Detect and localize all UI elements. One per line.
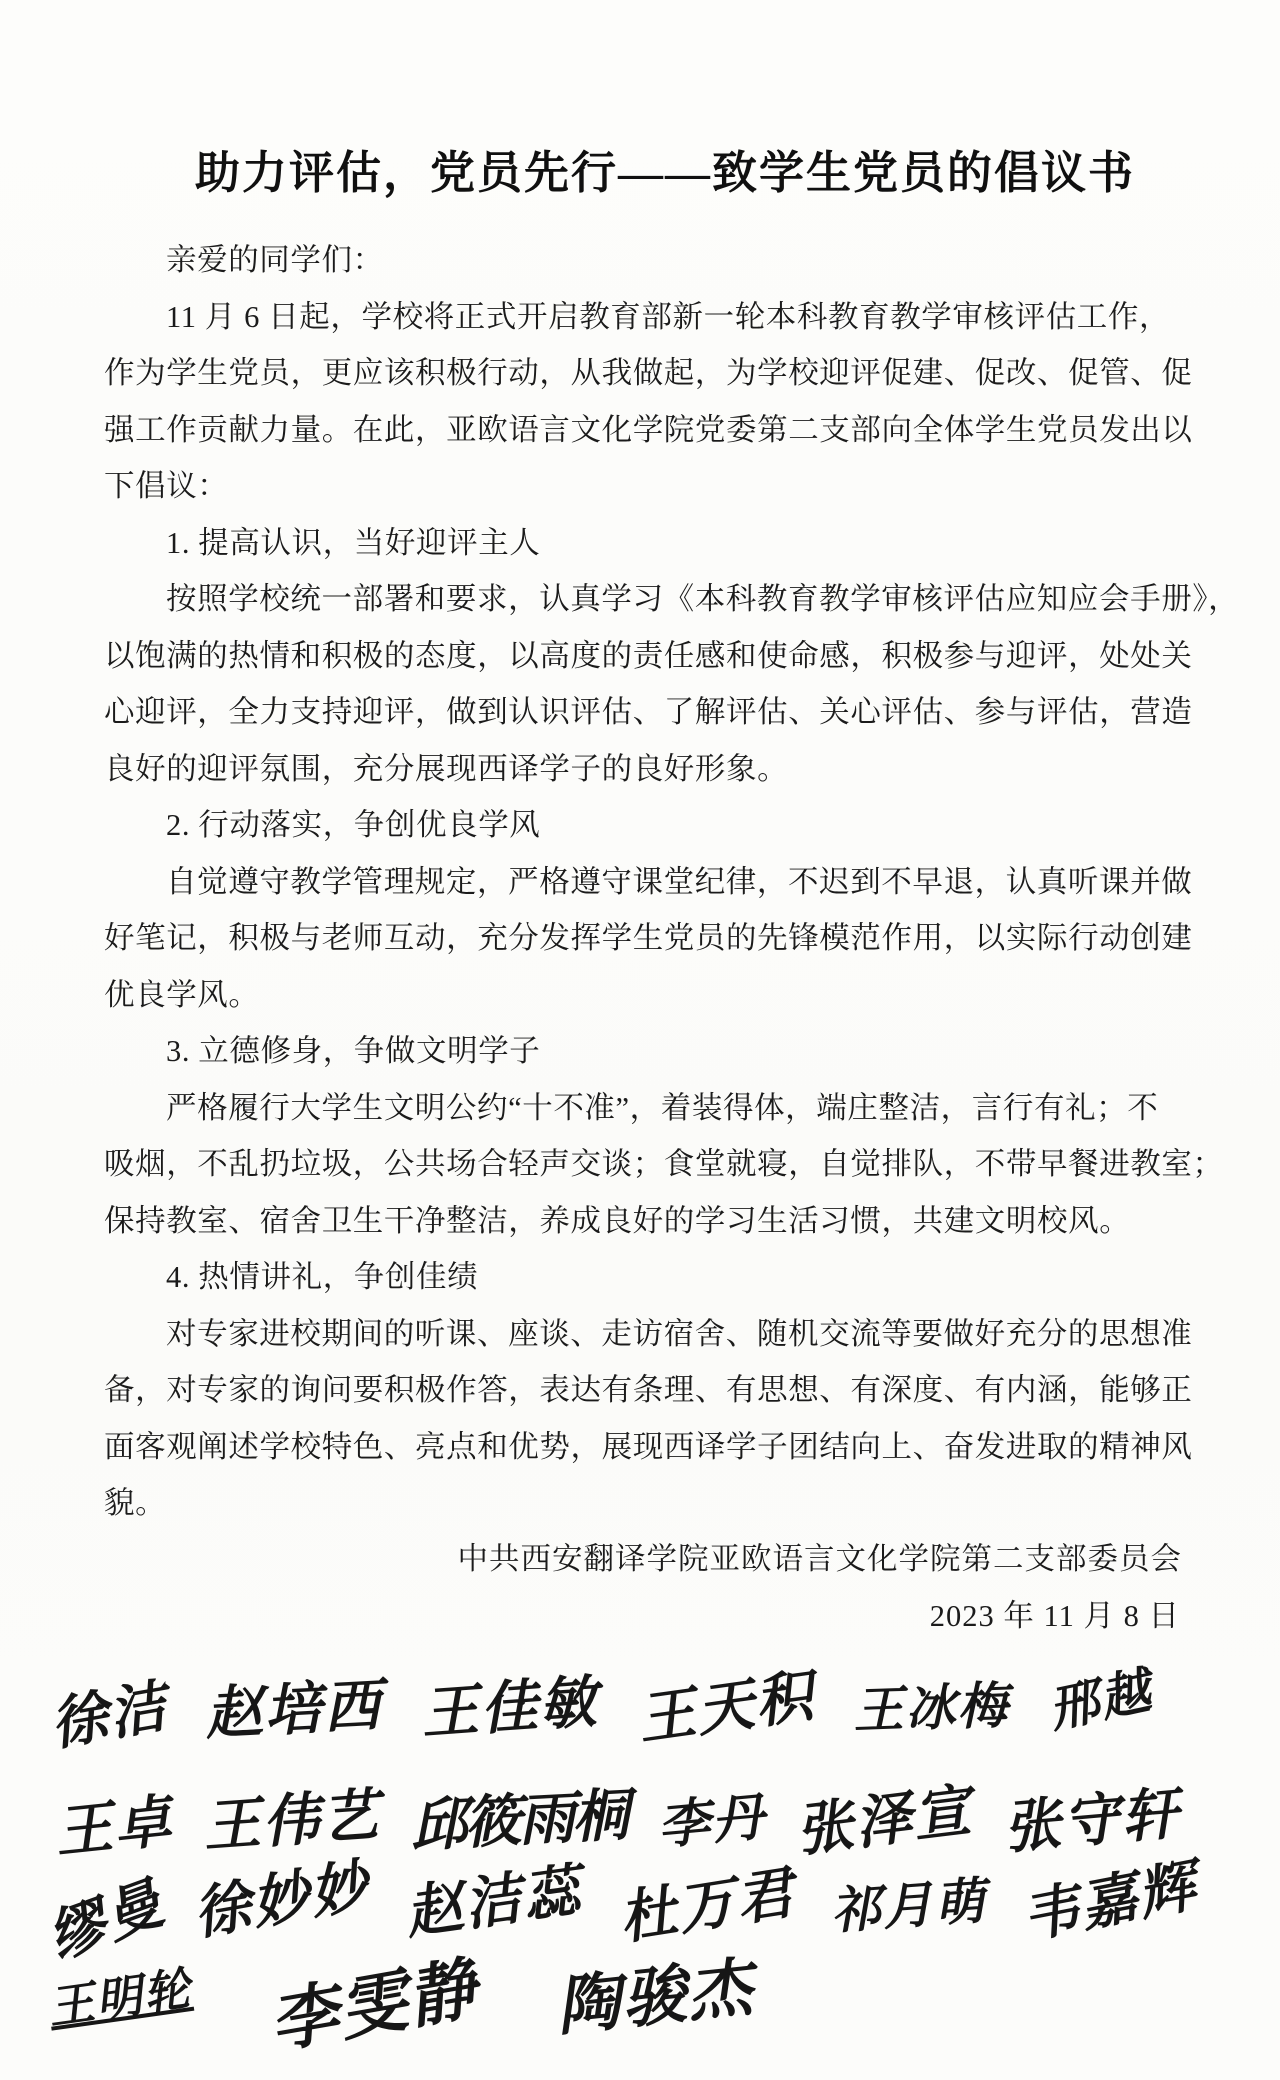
body-line: 亲爱的同学们： — [104, 232, 1184, 289]
body-line: 吸烟，不乱扔垃圾，公共场合轻声交谈；食堂就寝，自觉排队，不带早餐进教室； — [104, 1136, 1184, 1193]
body-line: 好笔记，积极与老师互动，充分发挥学生党员的先锋模范作用，以实际行动创建 — [104, 910, 1184, 967]
signature: 韦嘉辉 — [1014, 1840, 1203, 1954]
body-line: 面客观阐述学校特色、亮点和优势，展现西译学子团结向上、奋发进取的精神风 — [104, 1419, 1184, 1476]
body-line: 作为学生党员，更应该积极行动，从我做起，为学校迎评促建、促改、促管、促 — [104, 345, 1184, 402]
signature: 李丹 — [654, 1774, 768, 1858]
signature: 祁月萌 — [828, 1861, 989, 1944]
signature: 邢越 — [1041, 1650, 1158, 1742]
signature: 杜万君 — [612, 1847, 800, 1956]
signature-row: 王卓王伟艺邱筱雨桐李丹张泽宣张守轩 — [0, 1775, 1280, 1857]
signature: 王伟艺 — [200, 1769, 382, 1863]
signature: 徐妙妙 — [186, 1839, 375, 1950]
signature-row: 王明轮李雯静陶骏杰 — [0, 1952, 1280, 2049]
body-line: 心迎评，全力支持迎评，做到认识评估、了解评估、关心评估、参与评估，营造 — [104, 684, 1184, 741]
body-line: 1. 提高认识，当好迎评主人 — [104, 515, 1184, 572]
body-line: 按照学校统一部署和要求，认真学习《本科教育教学审核评估应知应会手册》， — [104, 571, 1184, 628]
body-line: 强工作贡献力量。在此，亚欧语言文化学院党委第二支部向全体学生党员发出以 — [104, 402, 1184, 459]
body-line: 对专家进校期间的听课、座谈、走访宿舍、随机交流等要做好充分的思想准 — [104, 1306, 1184, 1363]
signoff-block: 中共西安翻译学院亚欧语言文化学院第二支部委员会 2023 年 11 月 8 日 — [104, 1531, 1182, 1644]
signature: 徐洁 — [43, 1660, 173, 1761]
signature-row: 缪曼徐妙妙赵洁蕊杜万君祁月萌韦嘉辉 — [0, 1860, 1280, 1942]
body-line: 3. 立德修身，争做文明学子 — [104, 1023, 1184, 1080]
document-title: 助力评估，党员先行——致学生党员的倡议书 — [126, 136, 1204, 201]
body-line: 良好的迎评氛围，充分展现西译学子的良好形象。 — [104, 741, 1184, 798]
body-line: 貌。 — [104, 1475, 1184, 1532]
body-line: 保持教室、宿舍卫生干净整洁，养成良好的学习生活习惯，共建文明校风。 — [104, 1193, 1184, 1250]
body-line: 优良学风。 — [104, 967, 1184, 1024]
signoff-date: 2023 年 11 月 8 日 — [104, 1588, 1182, 1645]
signature: 赵洁蕊 — [400, 1844, 587, 1950]
body-line: 严格履行大学生文明公约“十不准”，着装得体，端庄整洁，言行有礼；不 — [104, 1080, 1184, 1137]
signature: 李雯静 — [261, 1935, 485, 2067]
signature: 王佳敏 — [418, 1656, 600, 1750]
body-line: 以饱满的热情和积极的态度，以高度的责任感和使命感，积极参与迎评，处处关 — [104, 628, 1184, 685]
body-line: 下倡议： — [104, 458, 1184, 515]
signature-row: 徐洁赵培西王佳敏王天积王冰梅邢越 — [0, 1662, 1280, 1744]
signature: 王天积 — [632, 1650, 819, 1756]
body-line: 4. 热情讲礼，争创佳绩 — [104, 1249, 1184, 1306]
signature: 王明轮 — [43, 1952, 195, 2037]
scanned-document-page: 助力评估，党员先行——致学生党员的倡议书 亲爱的同学们：11 月 6 日起，学校… — [0, 0, 1280, 2080]
document-body: 亲爱的同学们：11 月 6 日起，学校将正式开启教育部新一轮本科教育教学审核评估… — [104, 232, 1184, 1532]
body-line: 11 月 6 日起，学校将正式开启教育部新一轮本科教育教学审核评估工作， — [104, 289, 1184, 346]
signature: 缪曼 — [35, 1857, 174, 1974]
signature: 王冰梅 — [852, 1665, 1010, 1742]
signature: 王卓 — [51, 1775, 177, 1869]
body-line: 自觉遵守教学管理规定，严格遵守课堂纪律，不迟到不早退，认真听课并做 — [104, 854, 1184, 911]
body-line: 备，对专家的询问要积极作答，表达有条理、有思想、有深度、有内涵，能够正 — [104, 1362, 1184, 1419]
signature: 张守轩 — [1000, 1767, 1183, 1864]
signature: 赵培西 — [203, 1659, 384, 1750]
signature: 张泽宣 — [791, 1765, 977, 1868]
signature: 陶骏杰 — [551, 1936, 758, 2048]
body-line: 2. 行动落实，争创优良学风 — [104, 797, 1184, 854]
signoff-organization: 中共西安翻译学院亚欧语言文化学院第二支部委员会 — [104, 1531, 1182, 1588]
signature: 邱筱雨桐 — [408, 1769, 628, 1862]
